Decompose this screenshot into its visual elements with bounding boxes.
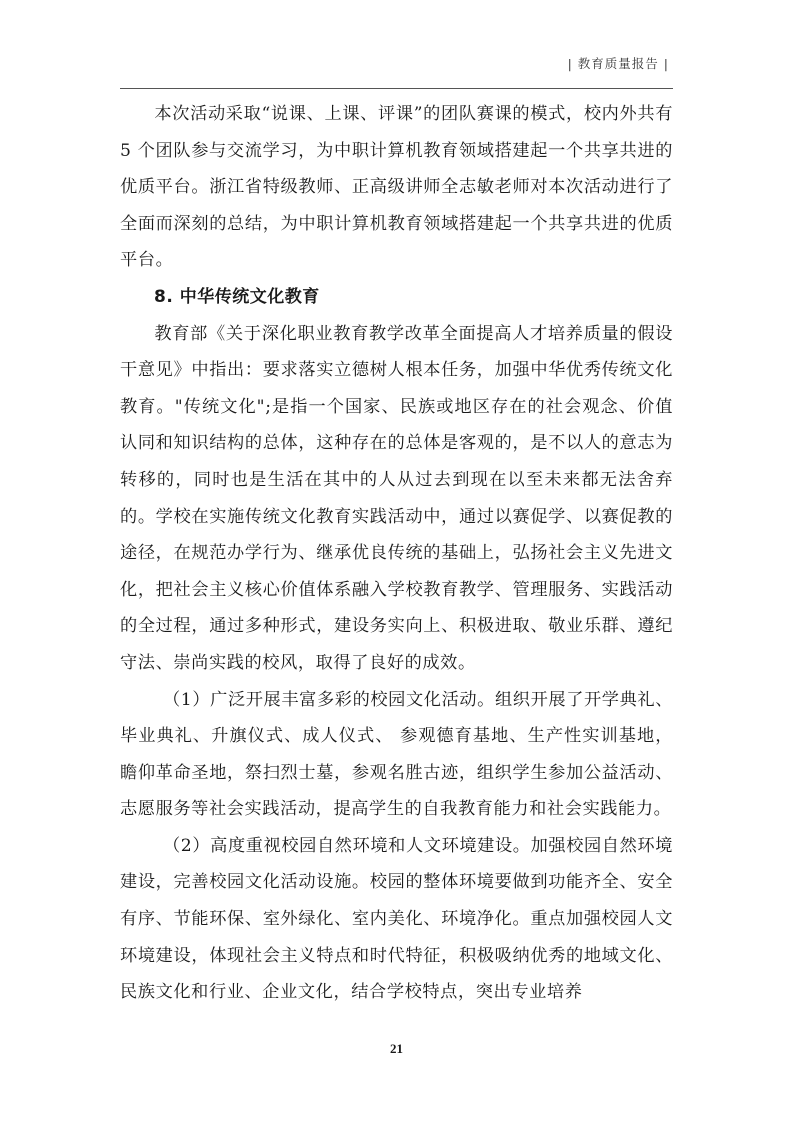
page-number: 21 bbox=[0, 1041, 793, 1057]
section-heading: 8. 中华传统文化教育 bbox=[120, 279, 673, 316]
paragraph-section-intro: 教育部《关于深化职业教育教学改革全面提高人才培养质量的假设干意见》中指出：要求落… bbox=[120, 316, 673, 682]
list-item-campus-environment: （2）高度重视校园自然环境和人文环境建设。加强校园自然环境建设，完善校园文化活动… bbox=[120, 828, 673, 1011]
header-title: | 教育质量报告 | bbox=[568, 54, 669, 72]
page-header: | 教育质量报告 | bbox=[120, 52, 673, 89]
page-content: 本次活动采取“说课、上课、评课”的团队赛课的模式，校内外共有 5 个团队参与交流… bbox=[120, 96, 673, 1011]
list-item-campus-activities: （1）广泛开展丰富多彩的校园文化活动。组织开展了开学典礼、毕业典礼、升旗仪式、成… bbox=[120, 682, 673, 828]
paragraph-team-lesson-activity: 本次活动采取“说课、上课、评课”的团队赛课的模式，校内外共有 5 个团队参与交流… bbox=[120, 96, 673, 279]
